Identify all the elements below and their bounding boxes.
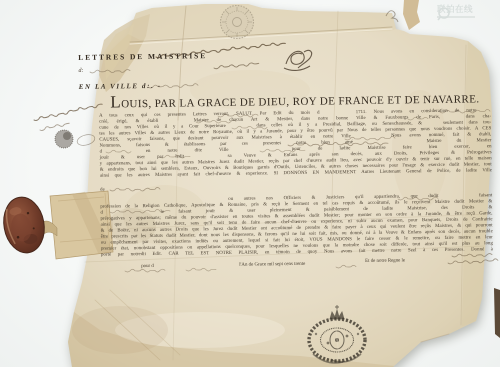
closing-center: l'An de Grace mil sept cens trente [239,262,305,268]
background-object [494,288,500,338]
watermark: 联拍在线 [437,6,495,26]
closing-left: pour d [141,264,154,269]
margin-stamp [55,130,73,148]
body-text-line: de [100,187,140,193]
wax-seal [0,194,49,256]
document-text-block: LETTRES DE MAISTRISE d: EN LA VILLE d:. … [76,32,495,290]
closing-right: Et de notre Regne le [365,258,405,264]
magnifier-icon [437,6,451,22]
top-round-stamp [221,6,254,39]
parchment-tab [403,0,420,30]
document-heading: LETTRES DE MAISTRISE [78,51,207,62]
field-d-label: d: [78,68,83,74]
handwriting-squiggle [40,122,70,132]
city-field-label: EN LA VILLE d:. - [79,82,162,91]
auction-photo: LETTRES DE MAISTRISE d: EN LA VILLE d:. … [0,0,500,367]
